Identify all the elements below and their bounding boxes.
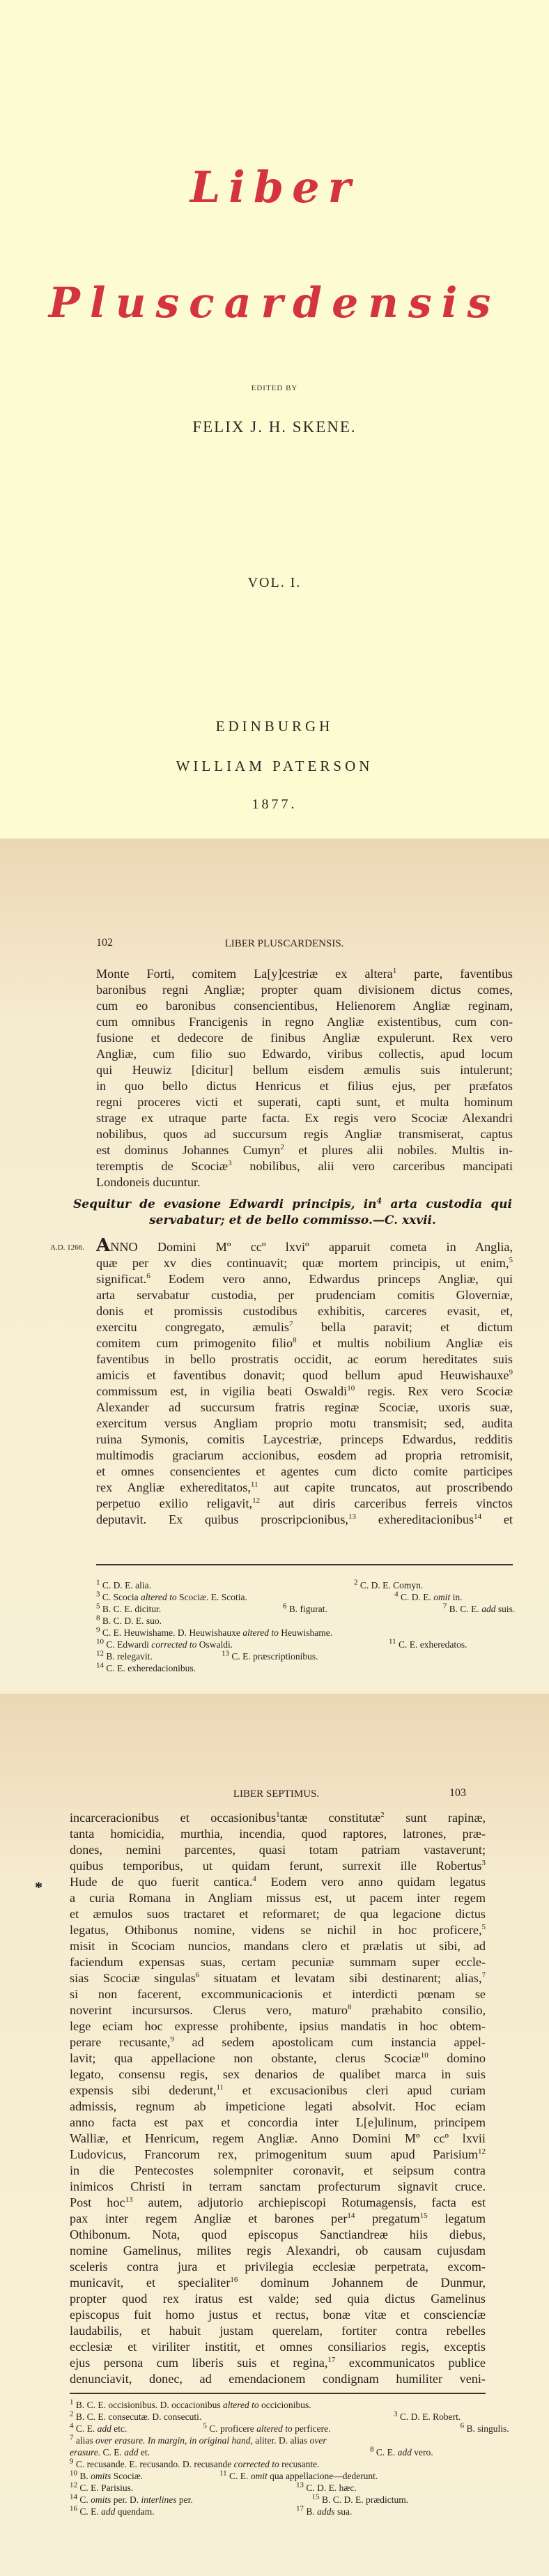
footnote-ref: 12 [478, 2147, 486, 2156]
footnote: 8 B. C. D. E. suo. [96, 1615, 162, 1627]
editor-name: FELIX J. H. SKENE. [0, 418, 549, 436]
text-line: teremptis de Scociæ3 nobilibus, alii ver… [96, 1158, 513, 1174]
text-line: admissis, regnum ab impeticione legati a… [70, 2099, 486, 2115]
footnote-row: 5 B. C. E. dicitur.6 B. figurat.7 B. C. … [96, 1603, 514, 1615]
text-line: exercitu congregato, æmulis7 bella parav… [96, 1319, 513, 1335]
edited-by-label: EDITED BY [0, 384, 549, 392]
footnote: 1 C. D. E. alia. [96, 1579, 151, 1591]
footnote-ref: 13 [125, 2195, 133, 2204]
text-line: si non facerent, excommunicacionis et in… [70, 1986, 486, 2002]
footnote-ref: 10 [347, 1384, 355, 1393]
text-line: ecclesiæ et viriliter institit, et omnes… [70, 2339, 486, 2355]
footnote-ref: 6 [196, 1971, 200, 1979]
text-line: Post hoc13 autem, adjutorio archiepiscop… [70, 2195, 486, 2211]
footnote: 12 B. relegavit. [96, 1650, 153, 1662]
footnote-ref: 8 [293, 1336, 297, 1344]
text-line: municavit, et specialiter16 dominum Joha… [70, 2275, 486, 2291]
text-line: laudabilis, et habuit justam querelam, f… [70, 2323, 486, 2339]
footnote-ref: 14 [347, 2211, 355, 2220]
text-line: in quo bello dictus Henricus et filius e… [96, 1078, 513, 1094]
footnote: 4 C. E. add etc. [70, 2423, 102, 2435]
text-line: sceleris contra jura et privilegia eccle… [70, 2259, 486, 2275]
text-line: qui Heuwiz [dicitur] bellum eisdem æmuli… [96, 1062, 513, 1078]
footnote-ref: 6 [146, 1272, 150, 1280]
text-line: pax inter regem Angliæ et barones per14 … [70, 2211, 486, 2227]
footnote-rule [70, 2393, 486, 2394]
text-line: multimodis graciarum accionibus, eosdem … [96, 1448, 513, 1464]
title-page: Liber Pluscardensis EDITED BY FELIX J. H… [0, 0, 549, 838]
footnote-ref: 5 [509, 1256, 513, 1264]
footnote: 7 B. C. E. add suis. [443, 1603, 514, 1615]
text-line: quæ per xv dies continuavit; quæ mortem … [96, 1255, 513, 1271]
footnote-ref: 17 [327, 2356, 335, 2364]
footnote-row: 1 B. C. E. occisionibus. D. occacionibus… [70, 2399, 488, 2411]
text-line: regni proceres victi et superati, capti … [96, 1094, 513, 1110]
footnote: 11 C. E. exheredatos. [389, 1639, 467, 1650]
page-102: 102 LIBER PLUSCARDENSIS. Monte Forti, co… [0, 838, 549, 1694]
footnote-ref: 4 [252, 1875, 256, 1883]
text-line: sias Scociæ singulas6 situatam et levata… [70, 1970, 486, 1986]
footnotes: 1 B. C. E. occisionibus. D. occacionibus… [70, 2399, 488, 2517]
footnote-ref: 1 [393, 967, 397, 975]
footnote: 6 B. figurat. [283, 1603, 327, 1615]
footnote-ref: 16 [230, 2276, 238, 2284]
text-line: in die Pentecostes solempniter coronavit… [70, 2163, 486, 2179]
text-line: nomine Gamelinus, milites regis Alexandr… [70, 2243, 486, 2259]
footnote-row: 12 C. E. Parisius.13 C. D. E. hæc. [70, 2482, 488, 2494]
volume-label: VOL. I. [0, 575, 549, 591]
body-text: incarceracionibus et occasionibus1tantæ … [70, 1810, 486, 2387]
text-line: inimicos Christi in terram sanctam profe… [70, 2179, 486, 2195]
text-line: episcopus fuit homo justus et rectus, bo… [70, 2307, 486, 2323]
footnote: 14 C. E. exheredacionibus. [96, 1662, 196, 1674]
body-paragraph-2: ANNO Domini Mº ccº lxviº apparuit cometa… [96, 1239, 513, 1528]
footnote-ref: 1 [276, 1811, 280, 1819]
text-line: Hude de quo fuerit cantica.4 Eodem vero … [70, 1874, 486, 1890]
footnote: 15 B. C. D. E. prædictum. [312, 2494, 409, 2506]
footnote: 3 C. Scocia altered to Scociæ. E. Scotia… [96, 1591, 247, 1603]
text-line: a curia Romana in Angliam missus est, ut… [70, 1890, 486, 1906]
text-line: anno facta est pax et concordia inter L[… [70, 2115, 486, 2131]
footnote: 6 B. singulis. [461, 2423, 488, 2435]
footnote: 10 C. Edwardi corrected to Oswaldi. [96, 1639, 233, 1650]
footnote-ref: 11 [251, 1480, 258, 1489]
text-line: dones, nemini parcentes, quasi totam pat… [70, 1842, 486, 1858]
running-head: LIBER PLUSCARDENSIS. [0, 938, 549, 950]
footnote: 2 C. D. E. Comyn. [354, 1579, 423, 1591]
footnote: 4 C. D. E. omit in. [394, 1591, 462, 1603]
text-line: fusione et dedecore de finibus Angliæ ex… [96, 1030, 513, 1046]
text-line: faciendum expensas suas, certam pecuniæ … [70, 1954, 486, 1970]
chapter-heading-line-2: servabatur; et de bello commisso.—C. xxv… [73, 1213, 512, 1229]
footnote-ref: 2 [280, 1143, 284, 1151]
text-line: exercitum versus Angliam proprio motu tr… [96, 1416, 513, 1432]
drop-cap: A [96, 1235, 110, 1256]
footnote: 8 C. E. add vero. [370, 2446, 433, 2458]
footnote-row: 16 C. E. add quendam.17 B. adds sua. [70, 2506, 488, 2517]
text-line: commissum est, in vigilia beati Oswaldi1… [96, 1383, 513, 1400]
footnote-ref: 7 [289, 1320, 293, 1328]
text-line: Ludovicus, Francorum rex, primogenitum s… [70, 2147, 486, 2163]
footnote: 12 C. E. Parisius. [70, 2482, 133, 2494]
text-line: perpetuo exilio religavit,12 aut diris c… [96, 1496, 513, 1512]
footnote-ref: 3 [482, 1859, 486, 1867]
text-line: perare recusante,9 ad sedem apostolicam … [70, 2034, 486, 2050]
text-line: propter quod rex iratus est valde; sed q… [70, 2291, 486, 2307]
text-line: misit in Scociam nuncios, mandans clero … [70, 1938, 486, 1954]
footnote-rule [96, 1564, 513, 1565]
footnotes: 1 C. D. E. alia.2 C. D. E. Comyn.3 C. Sc… [96, 1579, 514, 1674]
publication-city: EDINBURGH [0, 718, 549, 735]
footnote-row: 9 C. recusande. E. recusando. D. recusan… [70, 2458, 488, 2470]
text-line: Londoneis ducuntur. [96, 1174, 513, 1190]
text-line: rex Angliæ exhereditatos,11 aut capite t… [96, 1480, 513, 1496]
text-line: quibus temporibus, ut quidam ferunt, sur… [70, 1858, 486, 1874]
footnote: 13 C. D. E. hæc. [296, 2482, 357, 2494]
footnote: 2 B. C. E. consecutæ. D. consecuti. [70, 2411, 201, 2423]
footnote: 17 B. adds sua. [296, 2506, 352, 2517]
text-line: faventibus in bello prostratis occidit, … [96, 1351, 513, 1367]
text-line: Monte Forti, comitem La[y]cestriæ ex alt… [96, 966, 513, 982]
text-line: est dominus Johannes Cumyn2 et plures al… [96, 1142, 513, 1158]
text-line: Othibonum. Nota, quod episcopus Sanctian… [70, 2227, 486, 2243]
text-line: Walliæ, et Henricum, regem Angliæ. Anno … [70, 2131, 486, 2147]
text-line: legatus, Othibonus nomine, videns se nic… [70, 1922, 486, 1938]
footnote-ref: 2 [380, 1811, 385, 1819]
body-paragraph-1: Monte Forti, comitem La[y]cestriæ ex alt… [96, 966, 513, 1190]
footnote-row: 9 C. E. Heuwishame. D. Heuwishauxe alter… [96, 1627, 514, 1639]
footnote-ref: 8 [348, 2003, 352, 2011]
margin-asterisk: * [35, 1878, 42, 1896]
footnote-row: 10 B. omits Scociæ.11 C. E. omit qua app… [70, 2470, 488, 2482]
footnote-row: 7 alias over erasure. In margin, in orig… [70, 2435, 488, 2446]
footnote-ref: 14 [474, 1512, 481, 1521]
footnote: 9 C. E. Heuwishame. D. Heuwishauxe alter… [96, 1627, 332, 1639]
chapter-heading: Sequitur de evasione Edwardi principis, … [73, 1197, 512, 1229]
footnote-row: 8 B. C. D. E. suo. [96, 1615, 514, 1627]
footnote-ref: 9 [170, 2035, 174, 2044]
footnote-row: 10 C. Edwardi corrected to Oswaldi.11 C.… [96, 1639, 514, 1650]
footnote-ref: 9 [509, 1368, 513, 1377]
text-line: expensis sibi dederunt,11 et excusacioni… [70, 2083, 486, 2099]
footnote-row: 12 B. relegavit.13 C. E. præscriptionibu… [96, 1650, 514, 1662]
text-line: ejus persona cum liberis suis et regina,… [70, 2355, 486, 2371]
publication-year: 1877. [0, 797, 549, 813]
footnote-row: 14 C. omits per. D. interlines per.15 B.… [70, 2494, 488, 2506]
running-head: LIBER SEPTIMUS. [0, 1788, 549, 1800]
footnote-ref: 13 [348, 1512, 356, 1521]
text-line: denunciavit, donec, ad emendacionem cond… [70, 2371, 486, 2387]
text-line: arta servabatur custodia, per prudenciam… [96, 1287, 513, 1303]
text-line: incarceracionibus et occasionibus1tantæ … [70, 1810, 486, 1826]
text-line: tanta homicidia, murthia, incendia, quod… [70, 1826, 486, 1842]
footnote: 13 C. E. præscriptionibus. [222, 1650, 318, 1662]
page-number: 103 [449, 1787, 466, 1800]
text-line: cum omnibus Francigenis in regno Angliæ … [96, 1014, 513, 1030]
footnote-ref: 7 [482, 1971, 486, 1979]
text-line: donis et promissis custodibus exhibitis,… [96, 1303, 513, 1319]
footnote: 5 C. proficere altered to perficere. [203, 2423, 274, 2435]
text-line: cum eo baronibus consencientibus, Helien… [96, 998, 513, 1014]
footnote-ref: 12 [252, 1496, 260, 1505]
footnote-row: 4 C. E. add etc.5 C. proficere altered t… [70, 2423, 488, 2435]
publisher-name: WILLIAM PATERSON [0, 758, 549, 775]
footnote: 10 B. omits Scociæ. [70, 2470, 143, 2482]
text-line: strage ex utraque parte facta. Ex regis … [96, 1110, 513, 1126]
footnote-ref: 15 [420, 2211, 428, 2220]
text-line: et omnes consencientes et agentes cum di… [96, 1464, 513, 1480]
footnote: 1 B. C. E. occisionibus. D. occacionibus… [70, 2399, 311, 2411]
footnote: 3 C. D. E. Robert. [394, 2411, 461, 2423]
title-liber: Liber [0, 162, 549, 213]
text-line: Angliæ, cum filio suo Edwardo, viribus c… [96, 1046, 513, 1062]
footnote-ref: 10 [421, 2051, 428, 2060]
footnote-row: 14 C. E. exheredacionibus. [96, 1662, 514, 1674]
text-line: lavit; qua appellacione non obstante, cl… [70, 2050, 486, 2067]
footnote: 9 C. recusande. E. recusando. D. recusan… [70, 2458, 320, 2470]
text-line: Alexander ad succursum fratris reginæ Sc… [96, 1400, 513, 1416]
text-line: ruina Symonis, comitis Laycestriæ, princ… [96, 1432, 513, 1448]
footnote-row: erasure. C. E. add et.8 C. E. add vero. [70, 2446, 488, 2458]
text-line: significat.6 Eodem vero anno, Edwardus p… [96, 1271, 513, 1287]
text-line: ANNO Domini Mº ccº lxviº apparuit cometa… [96, 1239, 513, 1255]
footnote: erasure. C. E. add et. [70, 2446, 150, 2458]
footnote-row: 1 C. D. E. alia.2 C. D. E. Comyn. [96, 1579, 514, 1591]
footnote-ref: 11 [217, 2083, 224, 2092]
text-line: baronibus regni Angliæ; propter quam div… [96, 982, 513, 998]
text-line: nobilibus, quos ad succursum regis Angli… [96, 1126, 513, 1142]
footnote: 14 C. omits per. D. interlines per. [70, 2494, 193, 2506]
footnote: 16 C. E. add quendam. [70, 2506, 155, 2517]
text-line: comitem cum primogenito filio8 et multis… [96, 1335, 513, 1351]
chapter-heading-line-1: Sequitur de evasione Edwardi principis, … [73, 1197, 512, 1213]
text-line: amicis et faventibus donavit; quod bellu… [96, 1367, 513, 1383]
margin-year: A.D. 1266. [50, 1243, 84, 1252]
footnote: 5 B. C. E. dicitur. [96, 1603, 160, 1615]
text-line: legato, consensu regis, sex denarios de … [70, 2067, 486, 2083]
footnote: 11 C. E. omit qua appellacione—dederunt. [219, 2470, 378, 2482]
footnote: 7 alias over erasure. In margin, in orig… [70, 2435, 327, 2446]
text-line: deputavit. Ex quibus proscripcionibus,13… [96, 1512, 513, 1528]
footnote-row: 3 C. Scocia altered to Scociæ. E. Scotia… [96, 1591, 514, 1603]
footnote-ref: 3 [228, 1159, 232, 1167]
text-line: lege eciam hoc expresse prohibente, ipsi… [70, 2018, 486, 2034]
page-103: LIBER SEPTIMUS. 103 * incarceracionibus … [0, 1694, 549, 2576]
text-line: et æmulos suos tractaret et reformaret; … [70, 1906, 486, 1922]
text-line: noverint incursursos. Clerus vero, matur… [70, 2002, 486, 2018]
footnote-row: 2 B. C. E. consecutæ. D. consecuti.3 C. … [70, 2411, 488, 2423]
footnote-ref: 5 [482, 1923, 486, 1931]
title-pluscardensis: Pluscardensis [0, 279, 549, 328]
